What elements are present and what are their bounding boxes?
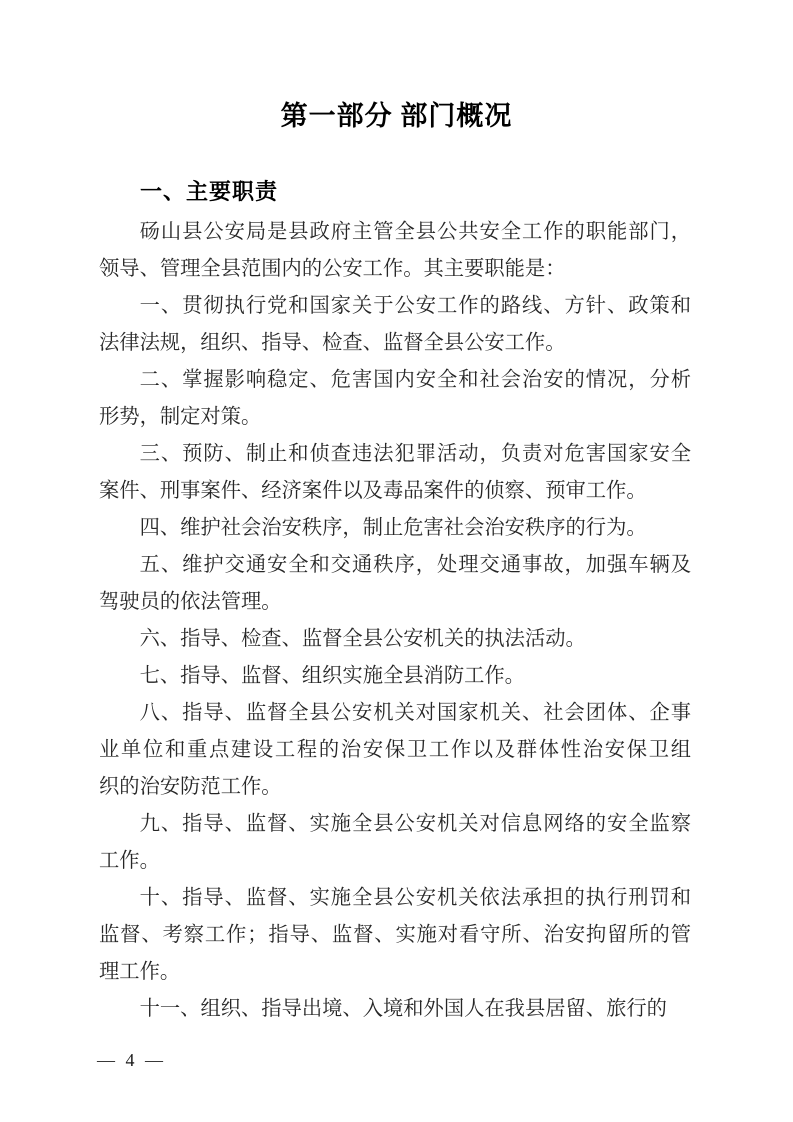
- text-line: 五、维护交通安全和交通秩序，处理交通事故，加强车辆及: [99, 547, 691, 584]
- text-line: 砀山县公安局是县政府主管全县公共安全工作的职能部门，: [99, 214, 691, 251]
- text-line: 十一、组织、指导出境、入境和外国人在我县居留、旅行的: [99, 991, 691, 1028]
- text-line: 领导、管理全县范围内的公安工作。其主要职能是：: [99, 251, 691, 288]
- text-line: 织的治安防范工作。: [99, 769, 691, 806]
- paragraph: 八、指导、监督全县公安机关对国家机关、社会团体、企事业单位和重点建设工程的治安保…: [99, 695, 691, 806]
- text-line: 七、指导、监督、组织实施全县消防工作。: [99, 658, 691, 695]
- text-line: 理工作。: [99, 954, 691, 991]
- text-line: 业单位和重点建设工程的治安保卫工作以及群体性治安保卫组: [99, 732, 691, 769]
- paragraph: 十一、组织、指导出境、入境和外国人在我县居留、旅行的: [99, 991, 691, 1028]
- text-line: 十、指导、监督、实施全县公安机关依法承担的执行刑罚和: [99, 880, 691, 917]
- paragraph: 四、维护社会治安秩序，制止危害社会治安秩序的行为。: [99, 510, 691, 547]
- text-line: 监督、考察工作；指导、监督、实施对看守所、治安拘留所的管: [99, 917, 691, 954]
- paragraph: 七、指导、监督、组织实施全县消防工作。: [99, 658, 691, 695]
- paragraph: 砀山县公安局是县政府主管全县公共安全工作的职能部门，领导、管理全县范围内的公安工…: [99, 214, 691, 288]
- paragraph: 十、指导、监督、实施全县公安机关依法承担的执行刑罚和监督、考察工作；指导、监督、…: [99, 880, 691, 991]
- text-line: 工作。: [99, 843, 691, 880]
- text-line: 四、维护社会治安秩序，制止危害社会治安秩序的行为。: [99, 510, 691, 547]
- text-line: 驾驶员的依法管理。: [99, 584, 691, 621]
- text-line: 三、预防、制止和侦查违法犯罪活动，负责对危害国家安全: [99, 436, 691, 473]
- text-line: 六、指导、检查、监督全县公安机关的执法活动。: [99, 621, 691, 658]
- paragraph: 一、贯彻执行党和国家关于公安工作的路线、方针、政策和法律法规，组织、指导、检查、…: [99, 288, 691, 362]
- text-line: 九、指导、监督、实施全县公安机关对信息网络的安全监察: [99, 806, 691, 843]
- paragraph: 九、指导、监督、实施全县公安机关对信息网络的安全监察工作。: [99, 806, 691, 880]
- body-paragraphs: 砀山县公安局是县政府主管全县公共安全工作的职能部门，领导、管理全县范围内的公安工…: [99, 214, 691, 1028]
- page-number: — 4 —: [97, 1047, 166, 1073]
- paragraph: 六、指导、检查、监督全县公安机关的执法活动。: [99, 621, 691, 658]
- text-line: 八、指导、监督全县公安机关对国家机关、社会团体、企事: [99, 695, 691, 732]
- paragraph: 三、预防、制止和侦查违法犯罪活动，负责对危害国家安全案件、刑事案件、经济案件以及…: [99, 436, 691, 510]
- paragraph: 五、维护交通安全和交通秩序，处理交通事故，加强车辆及驾驶员的依法管理。: [99, 547, 691, 621]
- text-line: 二、掌握影响稳定、危害国内安全和社会治安的情况，分析: [99, 362, 691, 399]
- text-line: 一、贯彻执行党和国家关于公安工作的路线、方针、政策和: [99, 288, 691, 325]
- text-line: 案件、刑事案件、经济案件以及毒品案件的侦察、预审工作。: [99, 473, 691, 510]
- text-line: 法律法规，组织、指导、检查、监督全县公安工作。: [99, 325, 691, 362]
- document-title: 第一部分 部门概况: [0, 101, 793, 131]
- text-line: 形势，制定对策。: [99, 399, 691, 436]
- paragraph: 二、掌握影响稳定、危害国内安全和社会治安的情况，分析形势，制定对策。: [99, 362, 691, 436]
- section-heading: 一、主要职责: [140, 179, 278, 205]
- document-page: 第一部分 部门概况 一、主要职责 砀山县公安局是县政府主管全县公共安全工作的职能…: [0, 0, 793, 1122]
